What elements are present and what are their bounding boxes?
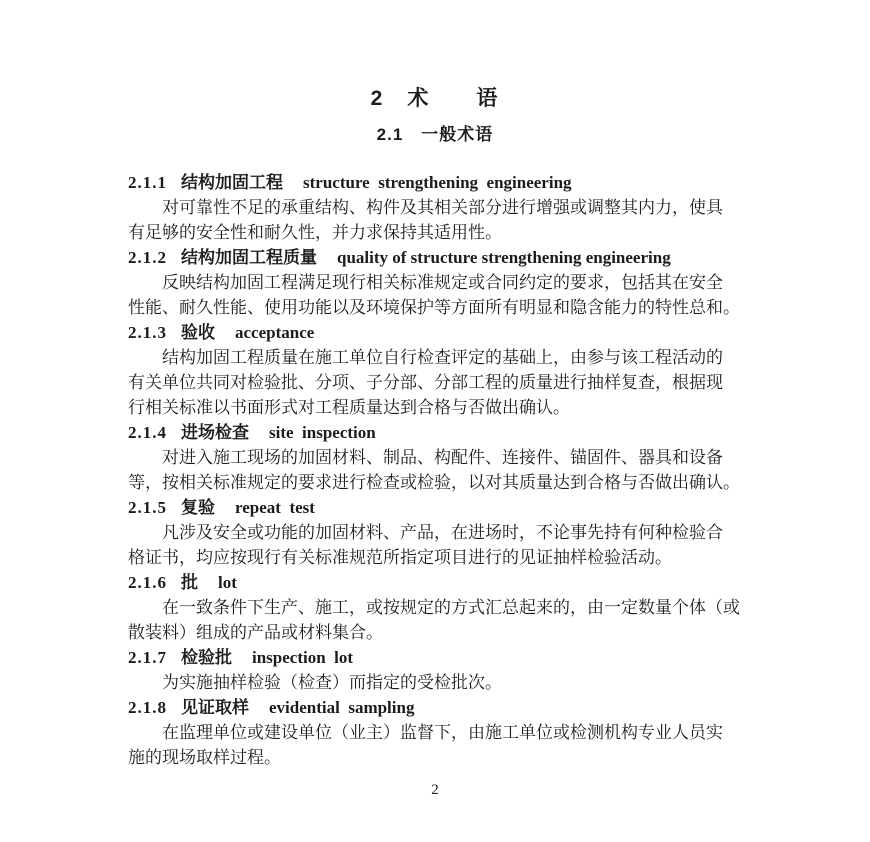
term-heading: 2.1.3验收acceptance xyxy=(128,320,753,345)
term-number: 2.1.2 xyxy=(128,245,167,270)
term-heading: 2.1.1结构加固工程structure strengthening engin… xyxy=(128,170,753,195)
term-2-1-8: 2.1.8见证取样evidential sampling 在监理单位或建设单位（… xyxy=(128,695,753,770)
page-number: 2 xyxy=(0,780,870,800)
term-chinese: 复验 xyxy=(181,495,215,520)
term-number: 2.1.8 xyxy=(128,695,167,720)
term-definition: 在监理单位或建设单位（业主）监督下，由施工单位或检测机构专业人员实 施的现场取样… xyxy=(128,720,753,770)
term-chinese: 验收 xyxy=(181,320,215,345)
term-number: 2.1.1 xyxy=(128,170,167,195)
term-heading: 2.1.8见证取样evidential sampling xyxy=(128,695,753,720)
term-english: lot xyxy=(218,573,237,592)
term-2-1-1: 2.1.1结构加固工程structure strengthening engin… xyxy=(128,170,753,245)
term-definition: 结构加固工程质量在施工单位自行检查评定的基础上，由参与该工程活动的 有关单位共同… xyxy=(128,345,753,420)
term-english: structure strengthening engineering xyxy=(303,173,572,192)
term-number: 2.1.3 xyxy=(128,320,167,345)
term-heading: 2.1.7检验批inspection lot xyxy=(128,645,753,670)
term-2-1-7: 2.1.7检验批inspection lot 为实施抽样检验（检查）而指定的受检… xyxy=(128,645,753,695)
term-number: 2.1.4 xyxy=(128,420,167,445)
term-english: acceptance xyxy=(235,323,314,342)
term-definition: 对可靠性不足的承重结构、构件及其相关部分进行增强或调整其内力，使具 有足够的安全… xyxy=(128,195,753,245)
term-definition: 在一致条件下生产、施工，或按规定的方式汇总起来的，由一定数量个体（或 散装料）组… xyxy=(128,595,753,645)
section-title: 2.1 一般术语 xyxy=(0,124,870,146)
term-definition: 为实施抽样检验（检查）而指定的受检批次。 xyxy=(128,670,753,695)
document-page: 2 术 语 2.1 一般术语 2.1.1结构加固工程structure stre… xyxy=(0,0,870,842)
term-english: evidential sampling xyxy=(269,698,414,717)
terms-list: 2.1.1结构加固工程structure strengthening engin… xyxy=(128,170,753,770)
term-heading: 2.1.6批lot xyxy=(128,570,753,595)
term-chinese: 检验批 xyxy=(181,645,232,670)
term-definition: 反映结构加固工程满足现行相关标准规定或合同约定的要求，包括其在安全 性能、耐久性… xyxy=(128,270,753,320)
term-definition: 凡涉及安全或功能的加固材料、产品，在进场时，不论事先持有何种检验合 格证书，均应… xyxy=(128,520,753,570)
term-2-1-6: 2.1.6批lot 在一致条件下生产、施工，或按规定的方式汇总起来的，由一定数量… xyxy=(128,570,753,645)
term-chinese: 进场检查 xyxy=(181,420,249,445)
term-2-1-5: 2.1.5复验repeat test 凡涉及安全或功能的加固材料、产品，在进场时… xyxy=(128,495,753,570)
term-english: inspection lot xyxy=(252,648,353,667)
term-english: site inspection xyxy=(269,423,376,442)
term-number: 2.1.5 xyxy=(128,495,167,520)
term-number: 2.1.6 xyxy=(128,570,167,595)
term-chinese: 结构加固工程 xyxy=(181,170,283,195)
term-heading: 2.1.4进场检查site inspection xyxy=(128,420,753,445)
term-2-1-2: 2.1.2结构加固工程质量quality of structure streng… xyxy=(128,245,753,320)
term-chinese: 结构加固工程质量 xyxy=(181,245,317,270)
term-2-1-3: 2.1.3验收acceptance 结构加固工程质量在施工单位自行检查评定的基础… xyxy=(128,320,753,420)
term-number: 2.1.7 xyxy=(128,645,167,670)
term-chinese: 见证取样 xyxy=(181,695,249,720)
term-heading: 2.1.5复验repeat test xyxy=(128,495,753,520)
term-definition: 对进入施工现场的加固材料、制品、构配件、连接件、锚固件、器具和设备 等，按相关标… xyxy=(128,445,753,495)
term-2-1-4: 2.1.4进场检查site inspection 对进入施工现场的加固材料、制品… xyxy=(128,420,753,495)
term-english: quality of structure strengthening engin… xyxy=(337,248,671,267)
term-heading: 2.1.2结构加固工程质量quality of structure streng… xyxy=(128,245,753,270)
term-chinese: 批 xyxy=(181,570,198,595)
term-english: repeat test xyxy=(235,498,315,517)
chapter-title: 2 术 语 xyxy=(0,0,870,112)
